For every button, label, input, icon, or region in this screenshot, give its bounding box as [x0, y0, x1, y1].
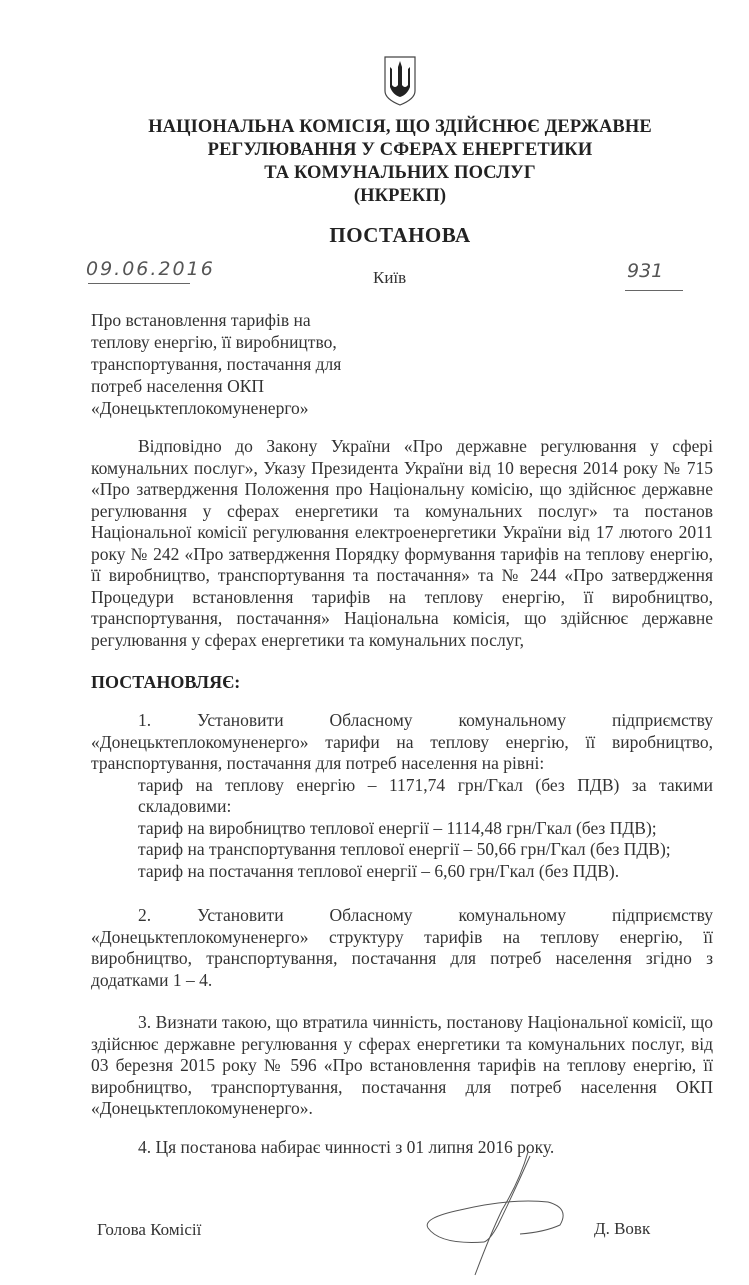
subject-line: Про встановлення тарифів на: [91, 309, 391, 331]
document-date: 09.06.2016: [86, 258, 215, 280]
resolution-item-3: 3. Визнати такою, що втратила чинність, …: [91, 1012, 713, 1120]
resolution-item-4: 4. Ця постанова набирає чинності з 01 ли…: [91, 1137, 713, 1159]
tariff-component: тариф на виробництво теплової енергії – …: [91, 818, 713, 840]
item-1-text: 1. Установити Обласному комунальному під…: [91, 710, 713, 775]
preamble-paragraph: Відповідно до Закону України «Про держав…: [91, 436, 713, 651]
header-line-4: (НКРЕКП): [100, 185, 700, 208]
resolves-heading: ПОСТАНОВЛЯЄ:: [91, 672, 240, 693]
subject-line: «Донецьктеплокомуненерго»: [91, 397, 391, 419]
tariff-component: тариф на транспортування теплової енергі…: [91, 839, 713, 861]
document-subject: Про встановлення тарифів на теплову енер…: [91, 309, 391, 419]
subject-line: транспортування, постачання для: [91, 353, 391, 375]
document-city: Київ: [373, 268, 406, 288]
subject-line: теплову енергію, її виробництво,: [91, 331, 391, 353]
header-line-3: ТА КОМУНАЛЬНИХ ПОСЛУГ: [100, 162, 700, 185]
signatory-title: Голова Комісії: [97, 1220, 201, 1240]
document-title: ПОСТАНОВА: [100, 223, 700, 248]
resolution-item-1: 1. Установити Обласному комунальному під…: [91, 710, 713, 882]
issuer-header: НАЦІОНАЛЬНА КОМІСІЯ, ЩО ЗДІЙСНЮЄ ДЕРЖАВН…: [100, 116, 700, 208]
tariff-total: тариф на теплову енергію – 1171,74 грн/Г…: [91, 775, 713, 818]
resolution-item-2: 2. Установити Обласному комунальному під…: [91, 905, 713, 991]
subject-line: потреб населення ОКП: [91, 375, 391, 397]
coat-of-arms-icon: [383, 55, 417, 107]
signatory-name: Д. Вовк: [594, 1219, 650, 1239]
header-line-1: НАЦІОНАЛЬНА КОМІСІЯ, ЩО ЗДІЙСНЮЄ ДЕРЖАВН…: [100, 116, 700, 139]
number-underline: [625, 290, 683, 291]
header-line-2: РЕГУЛЮВАННЯ У СФЕРАХ ЕНЕРГЕТИКИ: [100, 139, 700, 162]
signature-icon: [420, 1150, 580, 1280]
document-number: 931: [627, 260, 663, 282]
tariff-component: тариф на постачання теплової енергії – 6…: [91, 861, 713, 883]
date-underline: [88, 283, 190, 284]
